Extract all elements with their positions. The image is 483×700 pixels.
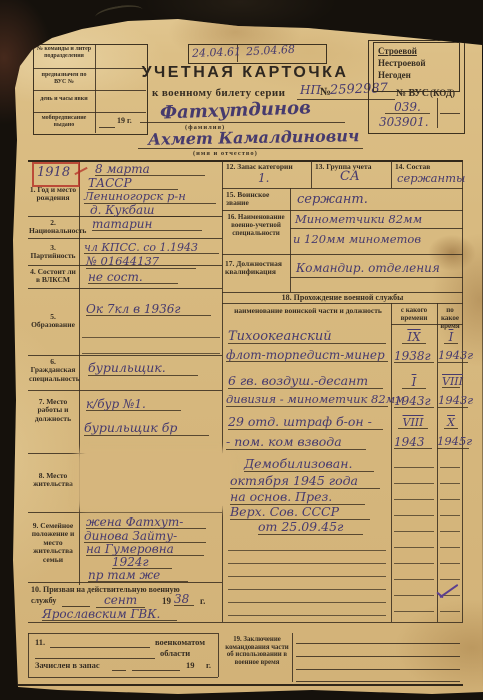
service-to-month: I (444, 331, 458, 344)
service-to-year: 1943г (438, 395, 468, 408)
mob-row-label: № команды и литер подразделения (35, 46, 93, 59)
divider (222, 188, 463, 189)
field-10-year-suffix: г. (200, 596, 205, 606)
field-3-value: чл КПСС. со 1.1943 (84, 242, 219, 254)
field-2-value: татарин (92, 218, 202, 231)
page-title: УЧЕТНАЯ КАРТОЧКА (120, 64, 370, 82)
service-unit: - пом. ком взвода (226, 436, 366, 450)
field-11-word2: области (160, 649, 190, 659)
field-3-value: № 01644137 (86, 256, 196, 269)
divider (292, 633, 293, 682)
mob-row-label: предназначен по ВУС № (35, 72, 93, 85)
divider (290, 228, 463, 229)
frame-line (79, 160, 80, 585)
service-title: 18. Прохождение военной службы (222, 294, 463, 303)
field-17-label: 17. Должностная квалификация (225, 260, 287, 277)
vus-code-1: 039. (385, 101, 430, 114)
field-14-value: сержанты (397, 173, 465, 185)
field-11-year-suffix: г. (206, 661, 211, 671)
service-unit: флот-торпедист-минер (226, 349, 388, 362)
field-1-value: 8 марта (95, 163, 205, 176)
field-10-year-prefix: 19 (162, 596, 171, 606)
field-11-word1: военкоматом (155, 638, 205, 648)
service-from-year: 1943 (394, 436, 432, 449)
field-7-value: бурильщик бр (84, 422, 209, 436)
field-11-year-prefix: 19 (186, 661, 195, 671)
frame-line (462, 160, 463, 622)
field-12-value: 1. (258, 172, 269, 184)
demob-note: октября 1945 года (230, 475, 380, 489)
field-10-commissariat-hw: Ярославским ГВК. (42, 608, 177, 621)
divider (222, 254, 463, 255)
field-9-label: 9. Семейное положение и место жительства… (29, 522, 77, 564)
demob-note: от 25.09.45г (258, 521, 363, 535)
field-6-label: 6. Гражданская специальность (29, 358, 77, 383)
field-9-value: жена Фатхут- (86, 516, 206, 529)
blank-rule (296, 681, 460, 682)
field-11-num: 11. (35, 638, 45, 648)
field-5-value: Ок 7кл в 1936г (86, 303, 211, 316)
service-to-month: VIII (442, 376, 460, 388)
divider (391, 303, 392, 622)
field-3-label: 3. Партийность (29, 244, 77, 261)
vus-label: № ВУС (396, 88, 429, 99)
blank-rule (50, 647, 150, 648)
service-from-month: VIII (398, 417, 428, 429)
service-col-from: с какого времени (392, 307, 436, 323)
frame-line (16, 684, 463, 686)
divider (28, 677, 218, 678)
ticket-series-hw: НП (300, 84, 321, 96)
blank-rule (140, 122, 345, 123)
pen-checkmark-icon (436, 582, 462, 600)
frame-line (28, 622, 463, 623)
ticket-line-prefix: к военному билету серии (152, 87, 285, 99)
mob-row-label: мобпредписание выдано (35, 115, 93, 128)
service-unit: Тихоокеанский (228, 330, 386, 344)
birth-year-hw: 1918 (37, 166, 70, 179)
service-to-year: 1943г (438, 350, 468, 363)
divider (391, 324, 463, 325)
blank-rule (296, 669, 460, 670)
fitness-option: Негоден (378, 70, 411, 80)
field-5-label: 5. Образование (29, 313, 77, 330)
blank-rule (138, 148, 363, 149)
kod-label: (КОД) (430, 88, 455, 98)
mob-year-blank: 19 г. (117, 117, 132, 126)
frame-line (222, 160, 223, 622)
blank-rules (394, 452, 434, 620)
service-unit: 6 гв. воздуш.-десант (228, 375, 383, 389)
blank-rule (112, 670, 126, 671)
demob-note: Демобилизован. (244, 458, 374, 472)
field-10-year-hw: 38 (174, 593, 194, 606)
field-11-enlist: Зачислен в запас (35, 661, 100, 671)
fullname-hw: Ахмет Камалдинович (148, 128, 360, 148)
service-from-year: 1943г (394, 395, 434, 408)
service-unit: 29 отд. штраф б-он - (228, 416, 383, 430)
blank-rules (228, 538, 386, 622)
blank-rule (132, 670, 180, 671)
surname-hw: Фатхутдинов (160, 99, 311, 122)
field-4-value: не сост. (88, 271, 178, 284)
field-10-month-hw: сент (96, 594, 145, 608)
service-col-to: по какое время (438, 307, 462, 330)
divider (222, 210, 463, 211)
divider (290, 277, 463, 278)
service-to-year: 1945г (437, 436, 469, 449)
field-17-value: Командир. отделения (296, 262, 440, 274)
field-16-label: 16. Наименование военно-учетной специаль… (225, 214, 287, 237)
service-from-month: IX (402, 331, 426, 344)
divider (33, 112, 146, 113)
service-unit: дивизия - минометчик 82мм (226, 394, 388, 407)
redaction-blur (80, 453, 228, 506)
stamp-date: 25.04.68 (246, 44, 295, 58)
divider (28, 633, 218, 634)
field-16-value: и 120мм минометов (293, 234, 421, 246)
divider (28, 582, 222, 583)
field-10-label-line2: службу (31, 597, 56, 606)
divider (222, 303, 463, 304)
service-col-unit: наименование воинской части и должность (230, 307, 386, 315)
field-1-label: 1. Год и место рождения (29, 186, 77, 203)
blank-rule (440, 113, 460, 114)
blank-rule (99, 127, 115, 128)
field-9-value: пр там же (88, 569, 188, 582)
demob-note: Верх. Сов. СССР (230, 506, 370, 520)
field-16-value: Минометчики 82мм (295, 214, 422, 226)
divider (218, 633, 219, 677)
field-4-label: 4. Состоит ли в ВЛКСМ (29, 268, 77, 285)
stamp-date: 24.04.61 (192, 46, 241, 59)
registration-card: № команды и литер подразделения предназн… (0, 0, 483, 700)
fitness-option: Строевой (378, 46, 417, 56)
demob-note: на основ. През. (230, 491, 365, 505)
blank-rule (296, 656, 460, 657)
blank-rule (296, 643, 460, 644)
field-6-value: бурильщик. (88, 362, 198, 376)
field-19-label: 19. Заключение командования части об исп… (224, 636, 290, 666)
field-7-value: к/бур №1. (86, 398, 181, 411)
blank-rule (35, 658, 155, 659)
blank-rules (82, 322, 220, 355)
service-from-year: 1938г (394, 350, 434, 363)
vus-code-2: 303901. (379, 116, 429, 128)
divider (391, 160, 392, 188)
fullname-caption: (имя и отчество) (193, 150, 258, 157)
field-15-value: сержант. (297, 193, 368, 206)
divider (437, 98, 438, 128)
mob-row-label: день и часы явки (35, 96, 93, 103)
divider (95, 44, 96, 133)
field-1-value: д. Кукбаш (90, 204, 190, 217)
field-13-value: СА (340, 170, 360, 183)
service-to-month: X (444, 417, 458, 429)
divider (28, 512, 222, 513)
field-15-label: 15. Воинское звание (226, 191, 286, 208)
divider (33, 90, 146, 91)
field-1-value: Лениногорск р-н (84, 191, 216, 204)
field-7-label: 7. Место работы и должность (29, 398, 77, 423)
service-from-month: I (402, 376, 426, 389)
divider (28, 633, 29, 677)
divider (28, 288, 222, 289)
divider (28, 390, 222, 391)
fitness-option: Нестроевой (378, 58, 426, 68)
divider (311, 160, 312, 188)
field-2-label: 2. Национальность (29, 219, 77, 236)
divider (28, 355, 222, 356)
field-8-label: 8. Место жительства (29, 472, 77, 489)
divider (28, 238, 222, 239)
